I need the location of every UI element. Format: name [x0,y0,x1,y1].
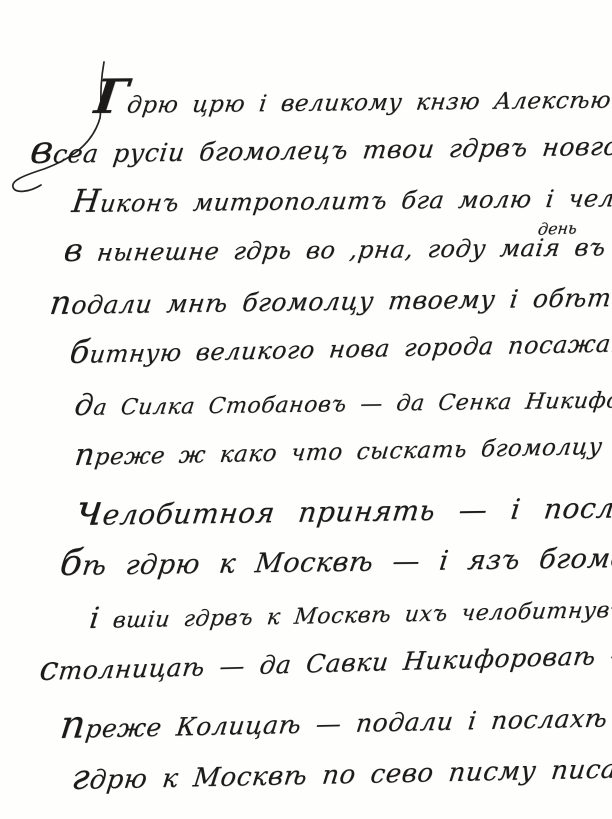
manuscript-line: і вшіи гдрвъ к Москвѣ ихъ челобитнувъ во… [88,590,612,633]
manuscript-line: столницаѣ — да Савки Никифороваѣ — во вс… [38,632,612,685]
manuscript-line: да Силка Стобановъ — да Сенка Никифоровъ… [73,381,612,420]
manuscript-line: преже ж како что сыскать бгомолцу твоему… [73,426,612,472]
manuscript-line: битную великого нова города посажане і л… [68,324,612,370]
manuscript-line: подали мнѣ бгомолцу твоему і обѣтну в че… [48,276,612,319]
manuscript-page: Гдрю црю і великому кнзю Алексѣю Михаило… [0,0,612,819]
manuscript-line: Гдрю црю і великому кнзю Алексѣю Михаило… [92,67,612,122]
manuscript-line: преже Колицаѣ — подали і послахѣ — к теб… [58,692,612,746]
manuscript-line: в нынешне гдрь во ,рна, году маія въ д [62,230,612,268]
manuscript-line: бѣ гдрю к Москвѣ — і язъ бгомолецъ тво [58,536,612,582]
manuscript-line: челобитноя принять — і послать к те [73,480,612,533]
manuscript-line: гдрю к Москвѣ по сево писму писано [70,749,612,796]
manuscript-line: всеа русіи бгомолецъ твои гдрвъ новгород… [28,122,612,171]
superscript-day-word: день [537,218,578,238]
manuscript-line: Никонъ митрополитъ бга молю і челомъ бью [70,180,612,219]
